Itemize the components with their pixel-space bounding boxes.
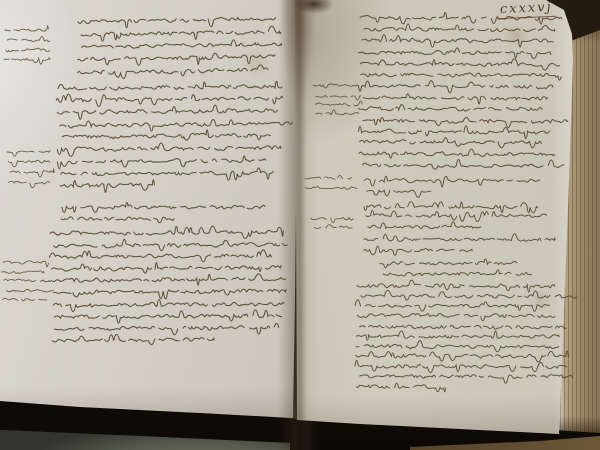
photo-open-manuscript-book: cxxxvj: [0, 0, 600, 450]
folio-number: cxxxvj: [497, 0, 556, 19]
book-gutter-shadow: [278, 0, 318, 450]
